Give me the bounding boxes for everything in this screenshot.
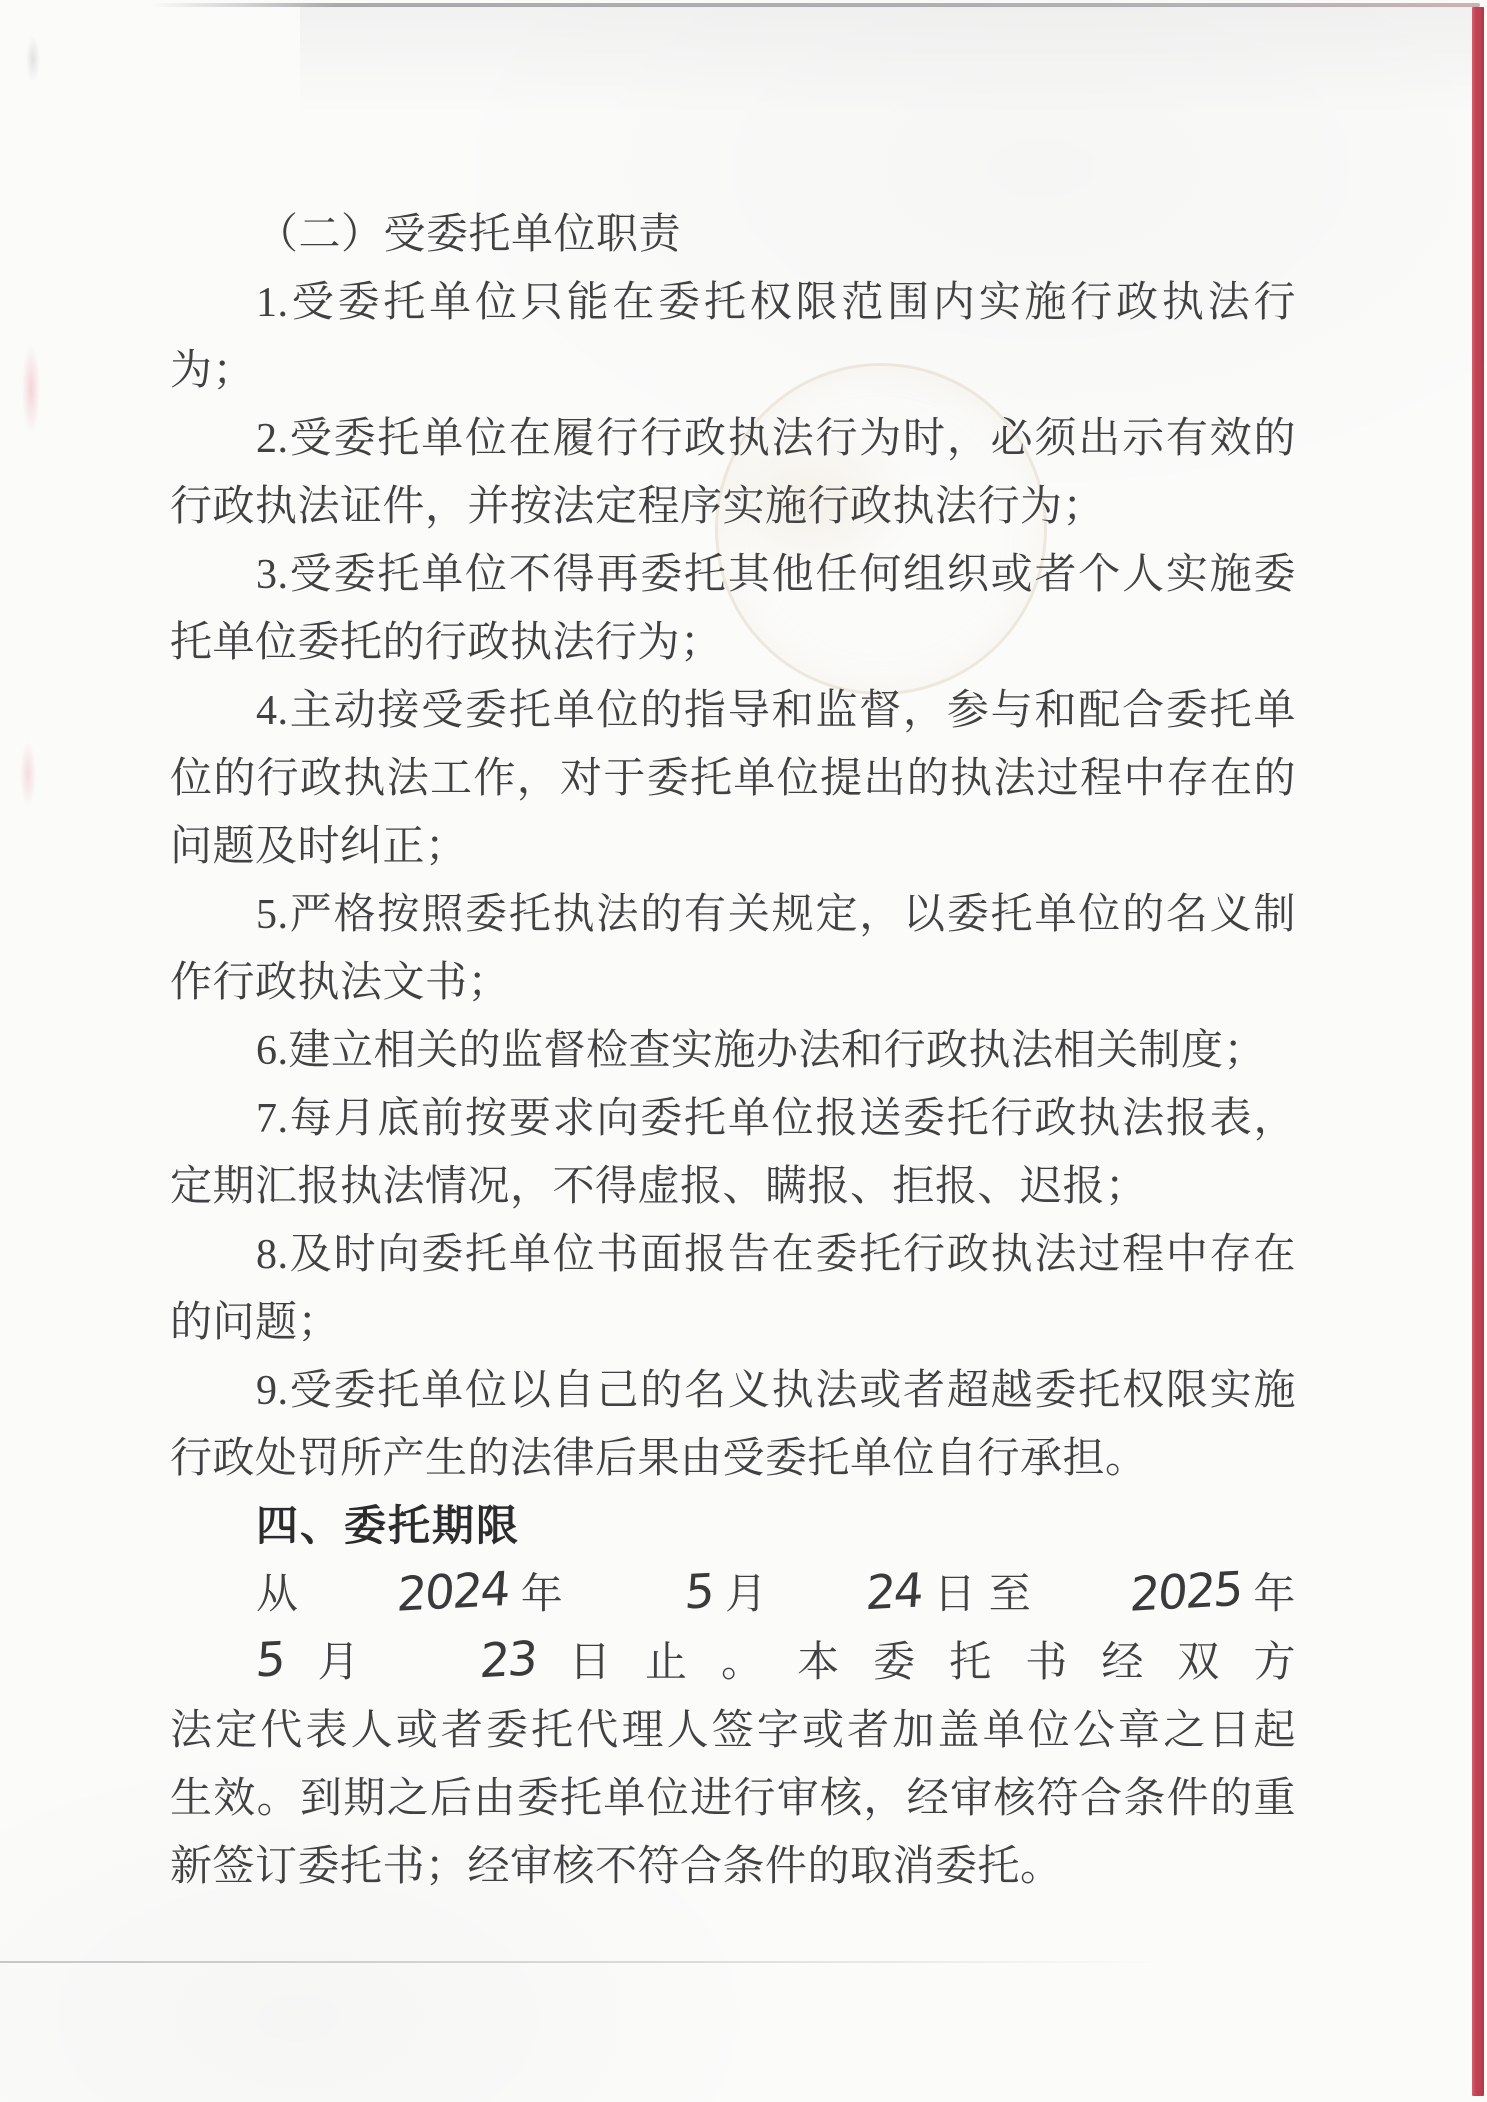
clause-9-line-1: 9.受委托单位以自己的名义执法或者超越委托权限实施 [170, 1357, 1296, 1425]
handwritten-day-end: 23 [391, 1625, 537, 1701]
period-line-3: 生效。到期之后由委托单位进行审核，经审核符合条件的重 [170, 1765, 1296, 1833]
clause-4-line-2: 位的行政执法工作，对于委托单位提出的执法过程中存在的 [170, 745, 1296, 813]
clause-3-line-1: 3.受委托单位不得再委托其他任何组织或者个人实施委 [170, 541, 1296, 609]
period-print-segment: 月 [284, 1640, 394, 1686]
handwritten-year-end: 2025 [1041, 1556, 1243, 1635]
period-line-1: 从2024年 5月24日至2025年 5月23日止。本委托书经双方 [170, 1561, 1296, 1697]
handwritten-month-end: 5 [168, 1626, 287, 1700]
clause-5-line-1: 5.严格按照委托执法的有关规定，以委托单位的名义制 [170, 881, 1296, 949]
period-print-segment: 年 [508, 1572, 598, 1618]
scan-smudge [20, 742, 36, 806]
red-binding-strip [1472, 7, 1484, 2096]
clause-1-line-2: 为； [170, 337, 1296, 405]
clause-2-line-1: 2.受委托单位在履行行政执法行为时，必须出示有效的 [170, 405, 1296, 473]
period-line-2: 法定代表人或者委托代理人签字或者加盖单位公章之日起 [170, 1697, 1296, 1765]
scanner-top-shading [300, 6, 1480, 116]
period-print-segment: 日至 [922, 1572, 1044, 1618]
scan-smudge [26, 36, 40, 82]
section-4-heading: 四、委托期限 [170, 1493, 1296, 1561]
clause-8-line-1: 8.及时向委托单位书面报告在委托行政执法过程中存在 [170, 1221, 1296, 1289]
period-print-segment: 日止。本委托书经双方 [535, 1640, 1296, 1686]
scan-crease-line [0, 1961, 1160, 1963]
period-print-segment: 从 [256, 1572, 311, 1618]
period-print-segment: 月 [713, 1572, 780, 1618]
period-print-segment: 年 [1241, 1572, 1296, 1618]
period-line-4: 新签订委托书；经审核不符合条件的取消委托。 [170, 1833, 1296, 1901]
scan-smudge [22, 345, 40, 433]
clause-6-line-1: 6.建立相关的监督检查实施办法和行政执法相关制度； [170, 1017, 1296, 1085]
clause-4-line-1: 4.主动接受委托单位的指导和监督，参与和配合委托单 [170, 677, 1296, 745]
scanned-document-page: （二）受委托单位职责 1.受委托单位只能在委托权限范围内实施行政执法行 为； 2… [0, 0, 1487, 2102]
handwritten-month-start: 5 [597, 1558, 716, 1632]
document-body: （二）受委托单位职责 1.受委托单位只能在委托权限范围内实施行政执法行 为； 2… [170, 201, 1296, 1901]
clause-3-line-2: 托单位委托的行政执法行为； [170, 609, 1296, 677]
clause-2-line-2: 行政执法证件，并按法定程序实施行政执法行为； [170, 473, 1296, 541]
clause-5-line-2: 作行政执法文书； [170, 949, 1296, 1017]
section-2-heading: （二）受委托单位职责 [170, 201, 1296, 269]
clause-9-line-2: 行政处罚所产生的法律后果由受委托单位自行承担。 [170, 1425, 1296, 1493]
handwritten-day-start: 24 [778, 1557, 924, 1633]
clause-8-line-2: 的问题； [170, 1289, 1296, 1357]
clause-7-line-2: 定期汇报执法情况，不得虚报、瞒报、拒报、迟报； [170, 1153, 1296, 1221]
clause-7-line-1: 7.每月底前按要求向委托单位报送委托行政执法报表， [170, 1085, 1296, 1153]
handwritten-year-start: 2024 [309, 1556, 511, 1635]
clause-1-line-1: 1.受委托单位只能在委托权限范围内实施行政执法行 [170, 269, 1296, 337]
clause-4-line-3: 问题及时纠正； [170, 813, 1296, 881]
